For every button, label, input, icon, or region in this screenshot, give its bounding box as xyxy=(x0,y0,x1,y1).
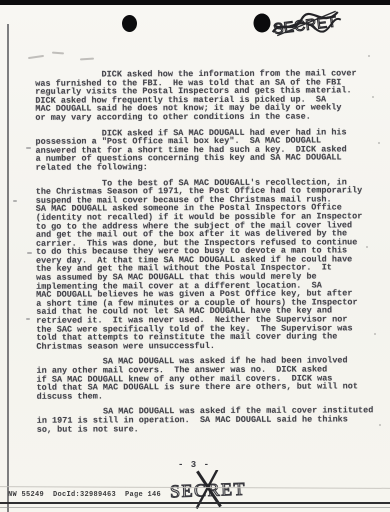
noise-speck xyxy=(374,333,376,335)
margin-tick xyxy=(27,252,32,254)
noise-speck xyxy=(366,246,368,248)
document-page: SECRET DICK asked how the information fr… xyxy=(0,0,390,512)
hole-punch-mark xyxy=(254,14,271,33)
hole-punch-mark xyxy=(122,15,137,32)
margin-tick xyxy=(26,318,30,320)
document-body: DICK asked how the information from the … xyxy=(35,69,383,441)
pencil-mark xyxy=(80,58,94,61)
paragraph: To the best of SA MAC DOUGALL's recollec… xyxy=(36,178,383,351)
margin-tick xyxy=(13,200,17,202)
secret-stamp-bottom: SECRET xyxy=(158,470,262,510)
paragraph: SA MAC DOUGALL was asked if the mail cov… xyxy=(37,407,383,434)
pencil-mark xyxy=(40,92,49,94)
noise-speck xyxy=(368,55,370,57)
scan-left-edge-line xyxy=(7,24,9,512)
paragraph: DICK asked if SA MAC DOUGALL had ever ha… xyxy=(35,128,381,172)
noise-speck xyxy=(379,424,381,426)
archive-footer: NW 55249 DocId:32989463 Page 146 xyxy=(8,491,161,500)
secret-stamp-top: SECRET xyxy=(246,4,350,50)
page-number: - 3 - xyxy=(178,460,210,470)
noise-speck xyxy=(378,142,380,144)
noise-speck xyxy=(372,96,374,98)
paragraph: SA MAC DOUGALL was asked if he had been … xyxy=(36,357,382,401)
footer-rule xyxy=(0,502,390,504)
margin-tick xyxy=(26,147,31,149)
paragraph: DICK asked how the information from the … xyxy=(35,69,381,122)
footer-rule-secondary xyxy=(0,507,390,508)
pencil-mark xyxy=(28,55,44,59)
pencil-mark xyxy=(52,52,64,55)
